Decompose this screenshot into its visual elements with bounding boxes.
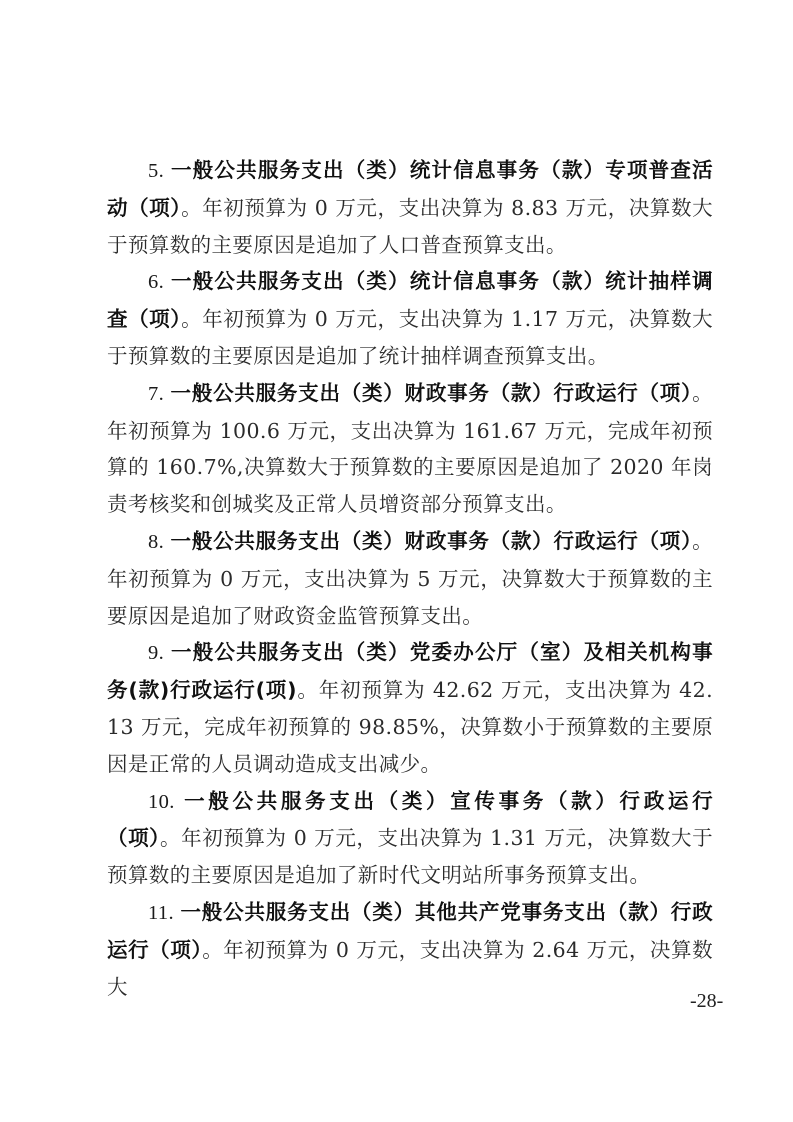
paragraph-item-11: 11.一般公共服务支出（类）其他共产党事务支出（款）行政运行（项）。年初预算为 … (107, 894, 713, 1005)
paragraph-item-5: 5.一般公共服务支出（类）统计信息事务（款）专项普查活动（项）。年初预算为 0 … (107, 152, 713, 263)
paragraph-item-6: 6.一般公共服务支出（类）统计信息事务（款）统计抽样调查（项）。年初预算为 0 … (107, 263, 713, 374)
item-number: 6. (148, 271, 164, 293)
item-number: 9. (148, 642, 164, 664)
paragraph-item-8: 8.一般公共服务支出（类）财政事务（款）行政运行（项）。年初预算为 0 万元，支… (107, 523, 713, 634)
paragraph-item-7: 7.一般公共服务支出（类）财政事务（款）行政运行（项）。年初预算为 100.6 … (107, 375, 713, 523)
document-page: 5.一般公共服务支出（类）统计信息事务（款）专项普查活动（项）。年初预算为 0 … (107, 152, 713, 1005)
paragraph-item-9: 9.一般公共服务支出（类）党委办公厅（室）及相关机构事务(款)行政运行(项)。年… (107, 634, 713, 782)
item-number: 10. (148, 791, 175, 813)
item-number: 8. (148, 531, 164, 553)
item-heading: 一般公共服务支出（类）财政事务（款）行政运行（项） (170, 529, 692, 553)
item-body: 。年初预算为 0 万元，支出决算为 8.83 万元，决算数大于预算数的主要原因是… (107, 196, 713, 257)
item-heading: 一般公共服务支出（类）财政事务（款）行政运行（项） (170, 381, 692, 405)
item-body: 。年初预算为 0 万元，支出决算为 1.17 万元，决算数大于预算数的主要原因是… (107, 307, 713, 368)
item-number: 5. (148, 160, 164, 182)
paragraph-item-10: 10.一般公共服务支出（类）宣传事务（款）行政运行（项）。年初预算为 0 万元，… (107, 783, 713, 894)
item-number: 7. (148, 383, 164, 405)
item-body: 。年初预算为 0 万元，支出决算为 1.31 万元，决算数大于预算数的主要原因是… (107, 826, 713, 887)
page-number: -28- (690, 990, 723, 1013)
item-number: 11. (148, 902, 174, 924)
